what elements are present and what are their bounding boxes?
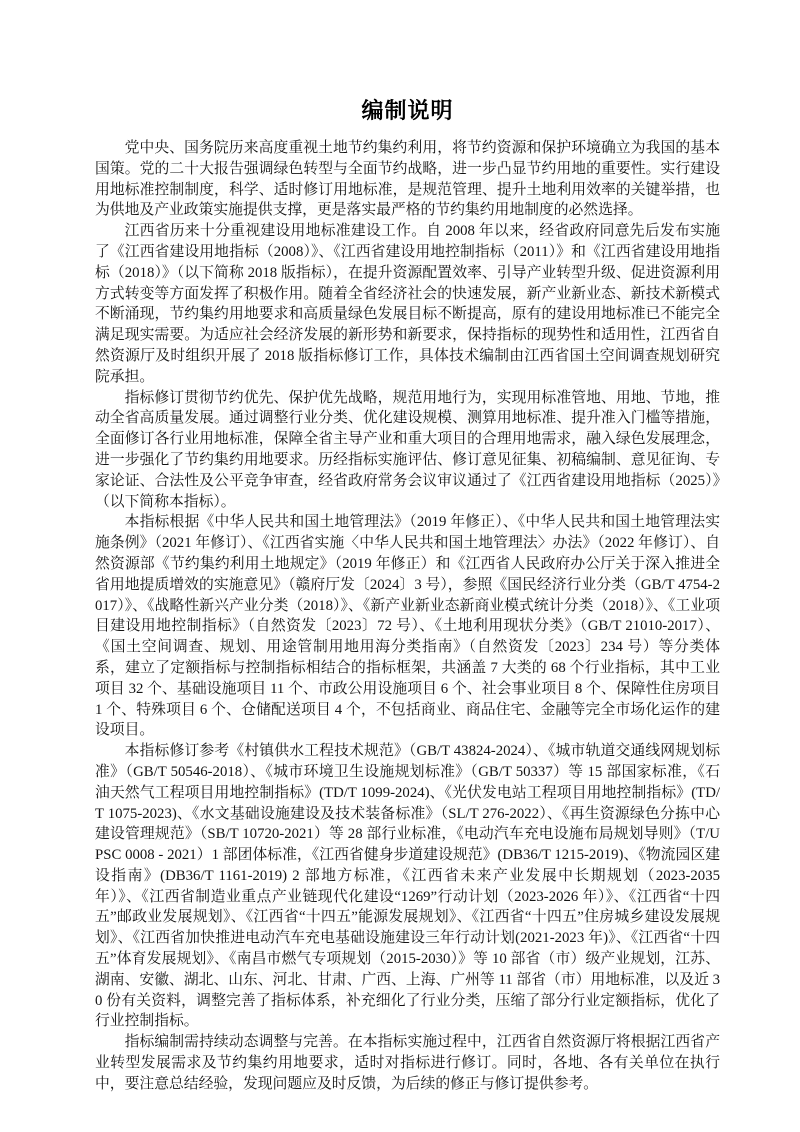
paragraph: 指标编制需持续动态调整与完善。在本指标实施过程中，江西省自然资源厅将根据江西省产… [95, 1032, 720, 1094]
document-body: 党中央、国务院历来高度重视土地节约集约利用，将节约资源和保护环境确立为我国的基本… [95, 138, 720, 1095]
paragraph: 本指标根据《中华人民共和国土地管理法》（2019 年修正）、《中华人民共和国土地… [95, 512, 720, 741]
paragraph: 党中央、国务院历来高度重视土地节约集约利用，将节约资源和保护环境确立为我国的基本… [95, 138, 720, 221]
document-page: 编制说明 党中央、国务院历来高度重视土地节约集约利用，将节约资源和保护环境确立为… [0, 0, 800, 1132]
page-title: 编制说明 [95, 96, 720, 126]
paragraph: 指标修订贯彻节约优先、保护优先战略，规范用地行为，实现用标准管地、用地、节地，推… [95, 388, 720, 513]
paragraph: 本指标修订参考《村镇供水工程技术规范》（GB/T 43824-2024）、《城市… [95, 741, 720, 1032]
paragraph: 江西省历来十分重视建设用地标准建设工作。自 2008 年以来，经省政府同意先后发… [95, 221, 720, 387]
